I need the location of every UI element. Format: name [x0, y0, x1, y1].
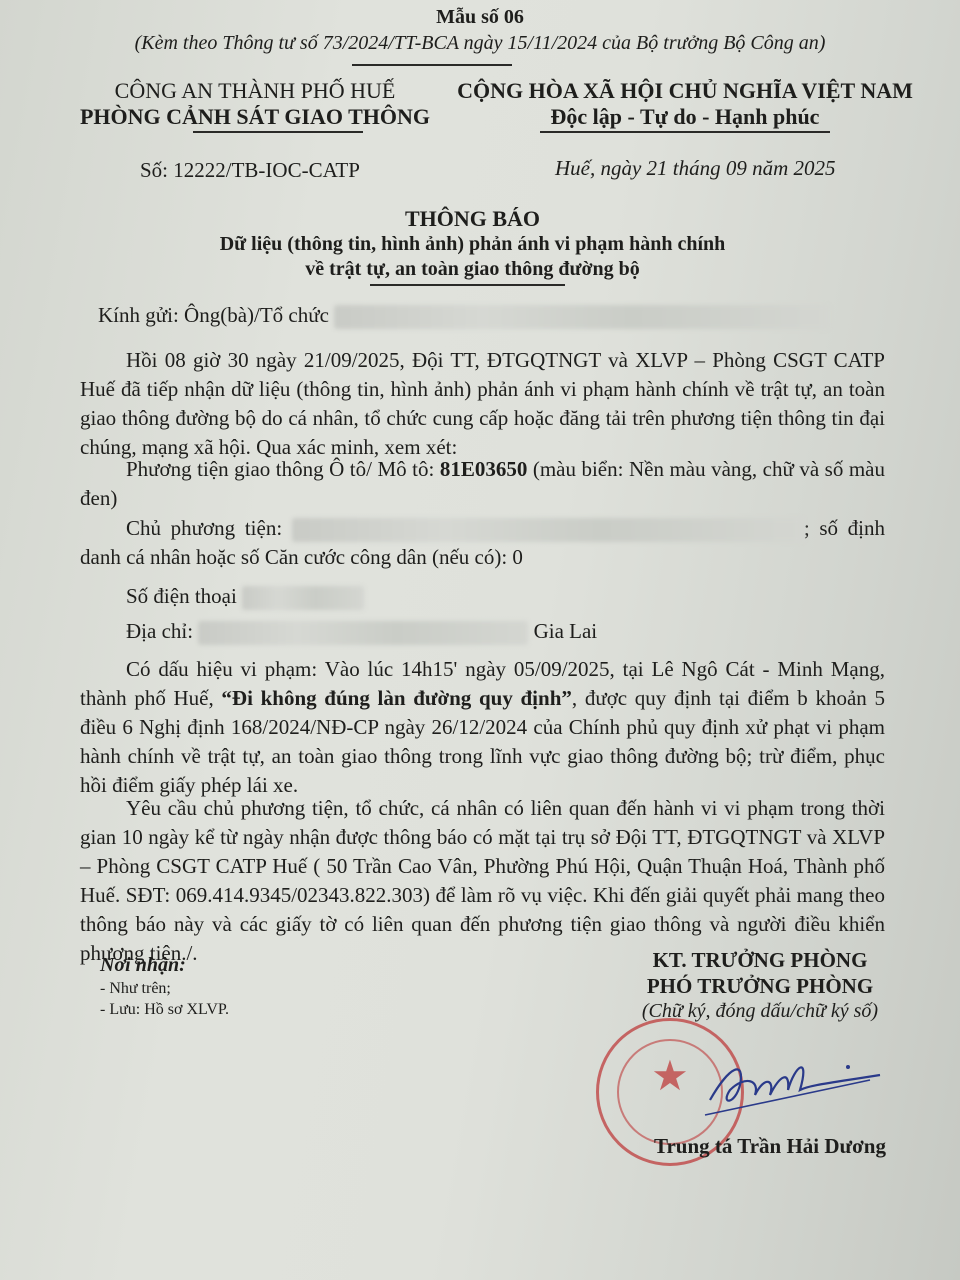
- nation-name: CỘNG HÒA XÃ HỘI CHỦ NGHĨA VIỆT NAM: [450, 78, 920, 104]
- form-number: Mẫu số 06: [0, 6, 960, 29]
- license-plate: 81E03650: [440, 457, 528, 481]
- request-text: Yêu cầu chủ phương tiện, tổ chức, cá nhâ…: [80, 796, 885, 965]
- phone-label: Số điện thoại: [126, 584, 237, 608]
- owner-paragraph: Chủ phương tiện: ; số định danh cá nhân …: [80, 514, 885, 572]
- agency-parent: CÔNG AN THÀNH PHỐ HUẾ: [60, 78, 450, 104]
- intro-paragraph: Hồi 08 giờ 30 ngày 21/09/2025, Đội TT, Đ…: [80, 346, 885, 462]
- redacted-owner: [292, 518, 804, 542]
- form-reference: (Kèm theo Thông tư số 73/2024/TT-BCA ngà…: [0, 32, 960, 55]
- agency-underline: [193, 131, 363, 133]
- vehicle-prefix: Phương tiện giao thông Ô tô/ Mô tô:: [126, 457, 440, 481]
- signer-title-2: PHÓ TRƯỞNG PHÒNG: [600, 974, 920, 999]
- motto: Độc lập - Tự do - Hạnh phúc: [450, 104, 920, 130]
- agency-name: PHÒNG CẢNH SÁT GIAO THÔNG: [60, 104, 450, 130]
- handwritten-signature-icon: [700, 1045, 890, 1125]
- signature-note: (Chữ ký, đóng dấu/chữ ký số): [600, 1000, 920, 1023]
- owner-label: Chủ phương tiện:: [126, 516, 282, 540]
- document-title: THÔNG BÁO: [0, 206, 945, 232]
- redacted-recipient: [334, 305, 829, 329]
- divider: [352, 64, 512, 66]
- address-label: Địa chỉ:: [126, 619, 193, 643]
- recipient-item: - Như trên;: [100, 980, 171, 998]
- document-subtitle-1: Dữ liệu (thông tin, hình ảnh) phản ánh v…: [0, 233, 945, 256]
- recipients-label: Nơi nhận:: [100, 954, 186, 977]
- redacted-phone: [242, 586, 364, 610]
- title-underline: [370, 284, 565, 286]
- recipient-line: Kính gửi: Ông(bà)/Tổ chức: [98, 303, 829, 329]
- address-province: Gia Lai: [534, 619, 598, 643]
- recipient-label: Kính gửi: Ông(bà)/Tổ chức: [98, 303, 329, 327]
- place-date: Huế, ngày 21 tháng 09 năm 2025: [555, 156, 836, 181]
- motto-underline: [540, 131, 830, 133]
- violation-name: “Đi không đúng làn đường quy định”: [221, 686, 571, 710]
- intro-text: Hồi 08 giờ 30 ngày 21/09/2025, Đội TT, Đ…: [80, 348, 885, 459]
- redacted-address: [198, 621, 528, 645]
- document-subtitle-2: về trật tự, an toàn giao thông đường bộ: [0, 258, 945, 281]
- recipient-item: - Lưu: Hồ sơ XLVP.: [100, 1001, 229, 1019]
- request-paragraph: Yêu cầu chủ phương tiện, tổ chức, cá nhâ…: [80, 794, 885, 968]
- violation-paragraph: Có dấu hiệu vi phạm: Vào lúc 14h15' ngày…: [80, 655, 885, 800]
- signer-title-1: KT. TRƯỞNG PHÒNG: [600, 948, 920, 973]
- signer-name: Trung tá Trần Hải Dương: [600, 1134, 940, 1159]
- vehicle-paragraph: Phương tiện giao thông Ô tô/ Mô tô: 81E0…: [80, 455, 885, 513]
- document-number: Số: 12222/TB-IOC-CATP: [140, 158, 360, 183]
- phone-line: Số điện thoại: [126, 584, 364, 610]
- address-line: Địa chỉ: Gia Lai: [126, 619, 597, 645]
